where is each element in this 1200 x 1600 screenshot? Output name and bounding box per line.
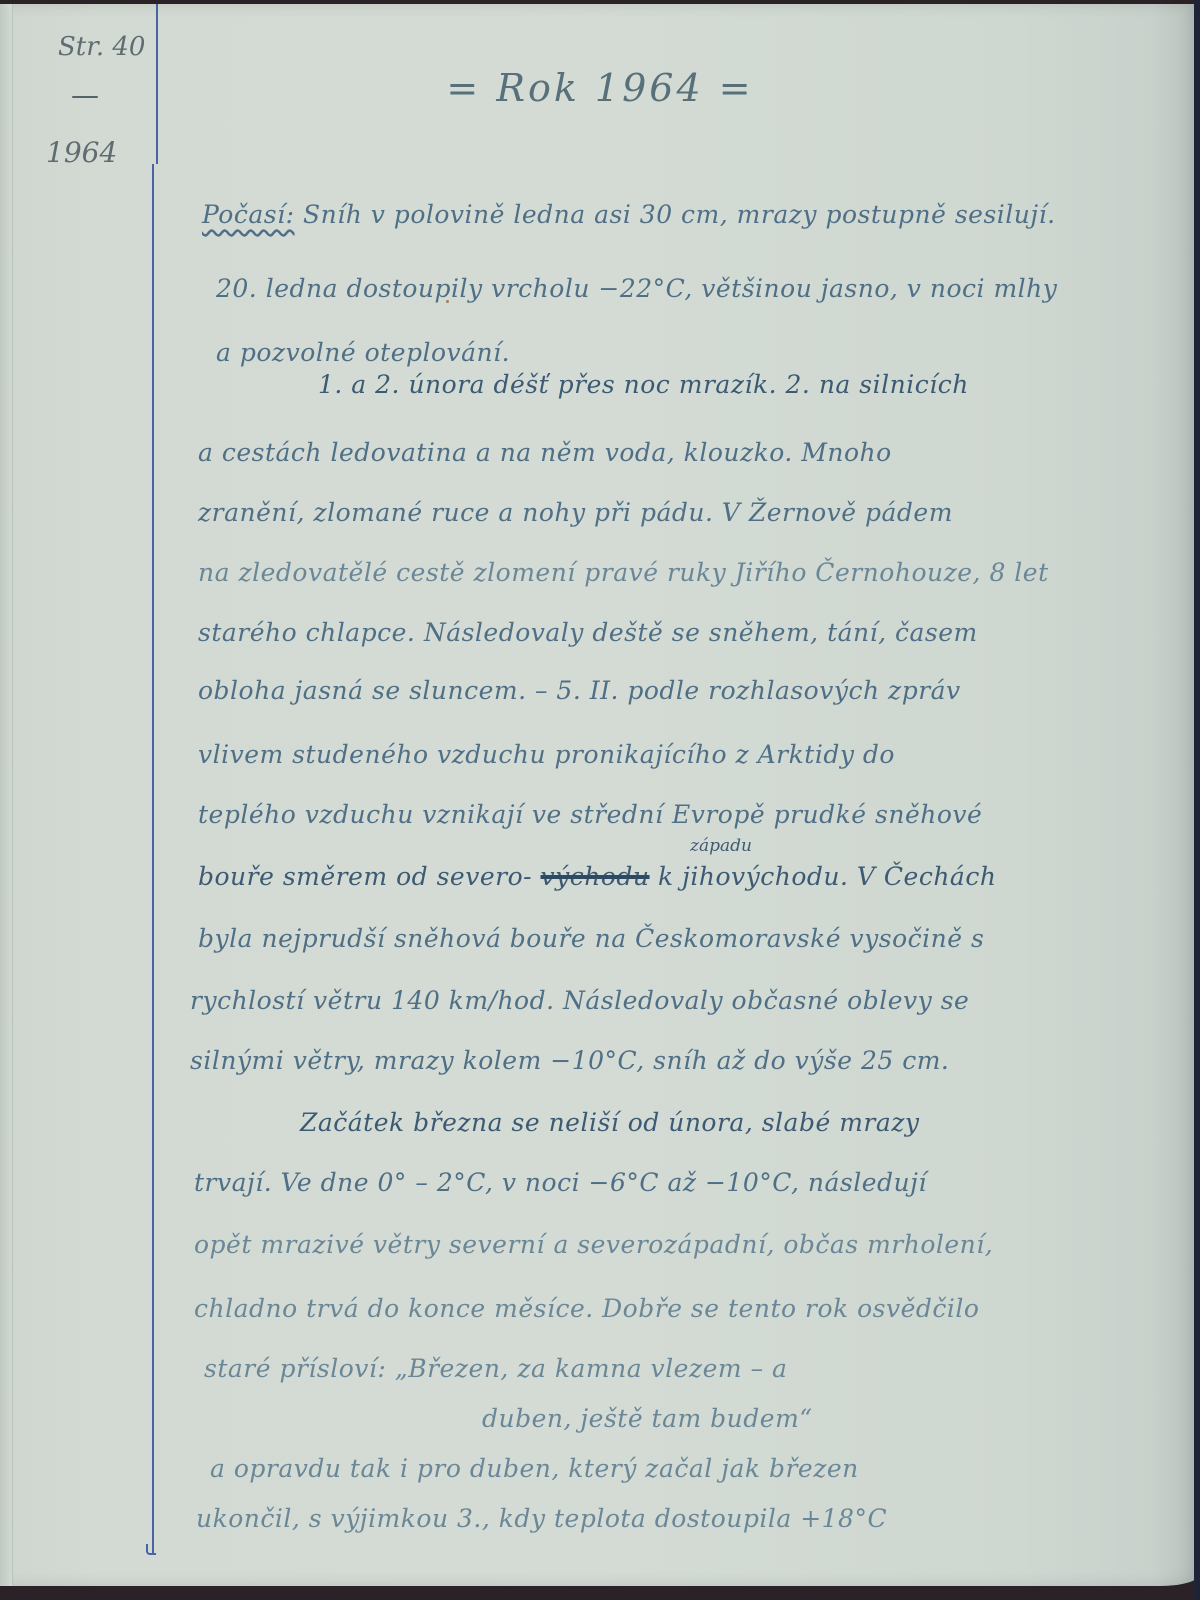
margin-rule-hook bbox=[146, 1544, 156, 1555]
entry-line-16: Začátek března se neliší od února, slabé… bbox=[300, 1108, 920, 1137]
entry-line-7: na zledovatělé cestě zlomení pravé ruky … bbox=[198, 558, 1049, 587]
paper-stain bbox=[446, 300, 449, 303]
entry-line-14: rychlostí větru 140 km/hod. Následovaly … bbox=[190, 986, 969, 1015]
entry-line-17: trvají. Ve dne 0° – 2°C, v noci −6°C až … bbox=[194, 1168, 927, 1197]
entry-line-10: vlivem studeného vzduchu pronikajícího z… bbox=[198, 740, 895, 769]
entry-line-22: a opravdu tak i pro duben, který začal j… bbox=[210, 1454, 859, 1483]
entry-line-2: 20. ledna dostoupily vrcholu −22°C, větš… bbox=[216, 274, 1057, 303]
entry-line-1: Počasí: Sníh v polovině ledna asi 30 cm,… bbox=[202, 200, 1056, 229]
weather-label: Počasí: bbox=[202, 200, 295, 229]
entry-text: bouře směrem od severo- bbox=[198, 862, 532, 891]
chronicle-page: Str. 40 1964 = Rok 1964 = Počasí: Sníh v… bbox=[0, 4, 1200, 1586]
entry-line-13: byla nejprudší sněhová bouře na Českomor… bbox=[198, 924, 984, 953]
margin-rule-top bbox=[156, 4, 158, 164]
entry-line-20: staré přísloví: „Březen, za kamna vlezem… bbox=[204, 1354, 787, 1383]
inserted-correction: západu bbox=[690, 836, 752, 856]
entry-line-3: a pozvolné oteplování. bbox=[216, 338, 510, 367]
binding-edge bbox=[1194, 0, 1200, 1600]
entry-line-11: teplého vzduchu vznikají ve střední Evro… bbox=[198, 800, 982, 829]
struck-out-word: východu bbox=[541, 862, 650, 891]
margin-rule bbox=[152, 164, 154, 1554]
margin-year: 1964 bbox=[46, 136, 117, 169]
entry-line-18: opět mrazivé větry severní a severozápad… bbox=[194, 1230, 993, 1259]
entry-line-12: bouře směrem od severo- východu k jihový… bbox=[198, 862, 996, 891]
page-edge bbox=[0, 4, 13, 1586]
entry-line-23: ukončil, s výjimkou 3., kdy teplota dost… bbox=[196, 1504, 887, 1533]
entry-line-9: obloha jasná se sluncem. – 5. II. podle … bbox=[198, 676, 961, 705]
entry-line-21: duben, ještě tam budem“ bbox=[482, 1404, 813, 1433]
margin-separator bbox=[72, 96, 98, 98]
margin-page-number: Str. 40 bbox=[58, 32, 145, 62]
entry-line-19: chladno trvá do konce měsíce. Dobře se t… bbox=[194, 1294, 979, 1323]
entry-line-15: silnými větry, mrazy kolem −10°C, sníh a… bbox=[190, 1046, 949, 1075]
entry-line-4: 1. a 2. února déšť přes noc mrazík. 2. n… bbox=[318, 370, 969, 399]
entry-line-8: starého chlapce. Následovaly deště se sn… bbox=[198, 618, 978, 647]
entry-line-6: zranění, zlomané ruce a nohy při pádu. V… bbox=[198, 498, 953, 527]
entry-text: Sníh v polovině ledna asi 30 cm, mrazy p… bbox=[303, 200, 1056, 229]
entry-line-5: a cestách ledovatina a na něm voda, klou… bbox=[198, 438, 892, 467]
page-heading: = Rok 1964 = bbox=[410, 66, 790, 110]
entry-text: k jihovýchodu. V Čechách bbox=[658, 862, 996, 891]
